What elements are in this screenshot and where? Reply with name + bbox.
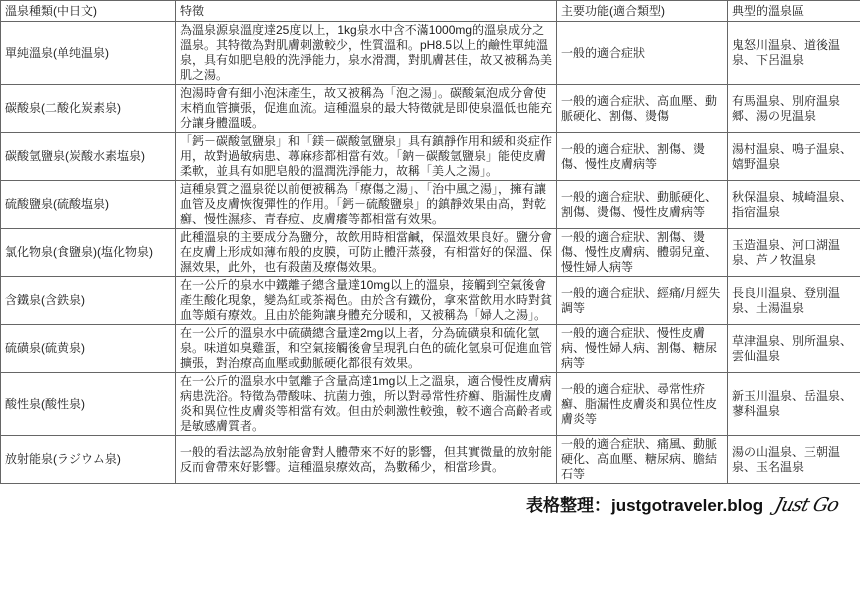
onsen-types-table: 溫泉種類(中日文) 特徵 主要功能(適合類型) 典型的溫泉區 單純溫泉(单纯温泉… <box>0 0 860 484</box>
header-areas: 典型的溫泉區 <box>728 1 860 22</box>
table-row: 含鐵泉(含鉄泉) 在一公斤的泉水中鐵離子總含量達10mg以上的溫泉，接觸到空氣後… <box>1 277 860 325</box>
spring-functions: 一般的適合症狀、痛風、動脈硬化、高血壓、糖尿病、膽結石等 <box>557 436 728 484</box>
spring-features: 「鈣－碳酸氫鹽泉」和「鎂－碳酸氫鹽泉」具有鎮靜作用和緩和炎症作用，故對過敏病患、… <box>176 133 557 181</box>
spring-functions: 一般的適合症狀、動脈硬化、割傷、燙傷、慢性皮膚病等 <box>557 181 728 229</box>
header-functions: 主要功能(適合類型) <box>557 1 728 22</box>
spring-features: 此種溫泉的主要成分為鹽分，故飲用時相當鹹，保溫效果良好。鹽分會在皮膚上形成如薄布… <box>176 229 557 277</box>
spring-type: 酸性泉(酸性泉) <box>1 373 176 436</box>
spring-functions: 一般的適合症狀 <box>557 22 728 85</box>
spring-features: 在一公斤的溫泉水中硫磺總含量達2mg以上者，分為硫磺泉和硫化氫泉。味道如臭雞蛋，… <box>176 325 557 373</box>
table-row: 硫酸鹽泉(硫酸塩泉) 這種泉質之溫泉從以前便被稱為「療傷之湯」、「治中風之湯」，… <box>1 181 860 229</box>
spring-functions: 一般的適合症狀、高血壓、動脈硬化、割傷、燙傷 <box>557 85 728 133</box>
spring-features: 這種泉質之溫泉從以前便被稱為「療傷之湯」、「治中風之湯」，擁有讓血管及皮膚恢復彈… <box>176 181 557 229</box>
spring-functions: 一般的適合症狀、經痛/月經失調等 <box>557 277 728 325</box>
header-features: 特徵 <box>176 1 557 22</box>
spring-type: 含鐵泉(含鉄泉) <box>1 277 176 325</box>
spring-type: 氯化物泉(食鹽泉)(塩化物泉) <box>1 229 176 277</box>
spring-areas: 玉造温泉、河口湖温泉、芦ノ牧温泉 <box>728 229 860 277</box>
spring-areas: 有馬温泉、別府温泉郷、湯の児温泉 <box>728 85 860 133</box>
spring-features: 泡湯時會有細小泡沫產生，故又被稱為「泡之湯」。碳酸氣泡成分會使末梢血管擴張，促進… <box>176 85 557 133</box>
signature-just-go: Just Go <box>772 494 840 516</box>
spring-functions: 一般的適合症狀、慢性皮膚病、慢性婦人病、割傷、糖尿病等 <box>557 325 728 373</box>
spring-features: 為溫泉源泉溫度達25度以上，1kg泉水中含不滿1000mg的溫泉成分之溫泉。其特… <box>176 22 557 85</box>
spring-type: 單純溫泉(单纯温泉) <box>1 22 176 85</box>
spring-areas: 秋保温泉、城崎温泉、指宿温泉 <box>728 181 860 229</box>
spring-areas: 長良川温泉、登別温泉、土湯温泉 <box>728 277 860 325</box>
spring-features: 在一公斤的溫泉水中氫離子含量高達1mg以上之溫泉，適合慢性皮膚病病患洗浴。特徵為… <box>176 373 557 436</box>
spring-areas: 草津温泉、別所温泉、雲仙温泉 <box>728 325 860 373</box>
credit-text: 表格整理：justgotraveler.blog <box>526 496 763 515</box>
table-row: 放射能泉(ラジウム泉) 一般的看法認為放射能會對人體帶來不好的影響，但其實微量的… <box>1 436 860 484</box>
spring-areas: 湯の山温泉、三朝温泉、玉名温泉 <box>728 436 860 484</box>
spring-features: 在一公斤的泉水中鐵離子總含量達10mg以上的溫泉，接觸到空氣後會產生酸化現象，變… <box>176 277 557 325</box>
table-row: 酸性泉(酸性泉) 在一公斤的溫泉水中氫離子含量高達1mg以上之溫泉，適合慢性皮膚… <box>1 373 860 436</box>
spring-areas: 新玉川温泉、岳温泉、蓼科温泉 <box>728 373 860 436</box>
table-row: 氯化物泉(食鹽泉)(塩化物泉) 此種溫泉的主要成分為鹽分，故飲用時相當鹹，保溫效… <box>1 229 860 277</box>
spring-functions: 一般的適合症狀、割傷、燙傷、慢性皮膚病、體弱兒童、慢性婦人病等 <box>557 229 728 277</box>
spring-type: 碳酸泉(二酸化炭素泉) <box>1 85 176 133</box>
table-header-row: 溫泉種類(中日文) 特徵 主要功能(適合類型) 典型的溫泉區 <box>1 1 860 22</box>
spring-type: 硫磺泉(硫黄泉) <box>1 325 176 373</box>
spring-functions: 一般的適合症狀、割傷、燙傷、慢性皮膚病等 <box>557 133 728 181</box>
spring-functions: 一般的適合症狀、尋常性疥癬、脂漏性皮膚炎和異位性皮膚炎等 <box>557 373 728 436</box>
header-type: 溫泉種類(中日文) <box>1 1 176 22</box>
table-row: 硫磺泉(硫黄泉) 在一公斤的溫泉水中硫磺總含量達2mg以上者，分為硫磺泉和硫化氫… <box>1 325 860 373</box>
table-row: 單純溫泉(单纯温泉) 為溫泉源泉溫度達25度以上，1kg泉水中含不滿1000mg… <box>1 22 860 85</box>
spring-areas: 鬼怒川温泉、道後温泉、下呂温泉 <box>728 22 860 85</box>
spring-features: 一般的看法認為放射能會對人體帶來不好的影響，但其實微量的放射能反而會帶來好影響。… <box>176 436 557 484</box>
table-row: 碳酸氫鹽泉(炭酸水素塩泉) 「鈣－碳酸氫鹽泉」和「鎂－碳酸氫鹽泉」具有鎮靜作用和… <box>1 133 860 181</box>
spring-type: 放射能泉(ラジウム泉) <box>1 436 176 484</box>
spring-areas: 湯村温泉、鳴子温泉、嬉野温泉 <box>728 133 860 181</box>
spring-type: 硫酸鹽泉(硫酸塩泉) <box>1 181 176 229</box>
table-row: 碳酸泉(二酸化炭素泉) 泡湯時會有細小泡沫產生，故又被稱為「泡之湯」。碳酸氣泡成… <box>1 85 860 133</box>
spring-type: 碳酸氫鹽泉(炭酸水素塩泉) <box>1 133 176 181</box>
credit-line: 表格整理：justgotraveler.blogJust Go <box>0 491 860 516</box>
